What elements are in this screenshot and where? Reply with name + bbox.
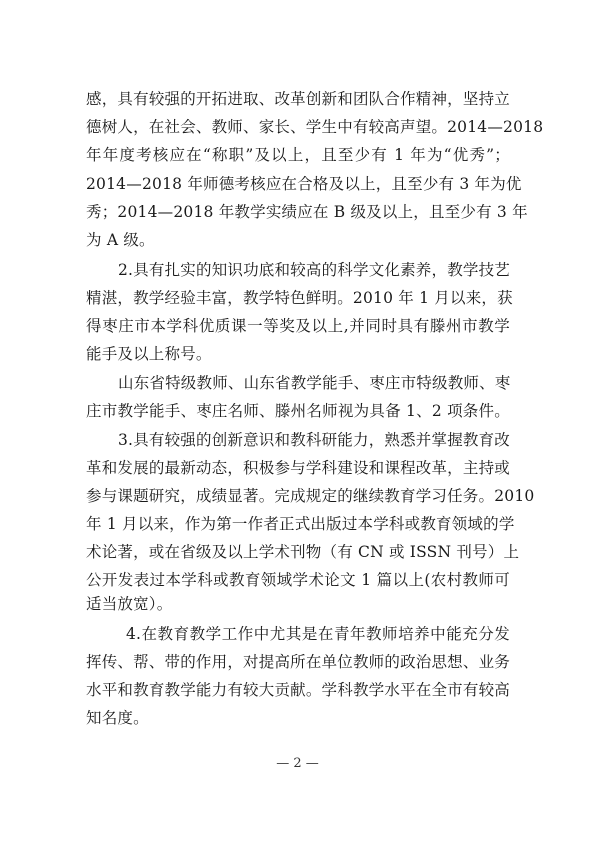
- text-line: 知名度。: [86, 707, 510, 729]
- text-line: 2014—2018 年师德考核应在合格及以上，且至少有 3 年为优: [86, 173, 510, 195]
- text-line: 2.具有扎实的知识功底和较高的科学文化素养，教学技艺: [118, 259, 510, 281]
- text-line: 德树人，在社会、教师、家长、学生中有较高声望。2014—2018: [86, 116, 510, 138]
- text-line: 挥传、帮、带的作用，对提高所在单位教师的政治思想、业务: [86, 651, 510, 673]
- text-line: 为 A 级。: [86, 229, 510, 251]
- document-page: 感，具有较强的开拓进取、改革创新和团队合作精神，坚持立德树人，在社会、教师、家长…: [0, 0, 595, 842]
- page-number: — 2 —: [0, 756, 595, 771]
- text-line: 3.具有较强的创新意识和教科研能力，熟悉并掌握教育改: [118, 429, 510, 451]
- text-line: 山东省特级教师、山东省教学能手、枣庄市特级教师、枣: [118, 372, 510, 394]
- text-line: 适当放宽）。: [86, 593, 510, 615]
- text-line: 革和发展的最新动态，积极参与学科建设和课程改革，主持或: [86, 457, 510, 479]
- text-line: 能手及以上称号。: [86, 343, 510, 365]
- text-line: 参与课题研究，成绩显著。完成规定的继续教育学习任务。2010: [86, 485, 510, 507]
- text-line: 精湛，教学经验丰富，教学特色鲜明。2010 年 1 月以来，获: [86, 287, 510, 309]
- text-line: 庄市教学能手、枣庄名师、滕州名师视为具备 1、2 项条件。: [86, 400, 510, 422]
- text-line: 水平和教育教学能力有较大贡献。学科教学水平在全市有较高: [86, 679, 510, 701]
- text-line: 年年度考核应在“称职”及以上，且至少有 1 年为“优秀”；: [86, 144, 510, 166]
- text-line: 得枣庄市本学科优质课一等奖及以上,并同时具有滕州市教学: [86, 315, 510, 337]
- text-line: 感，具有较强的开拓进取、改革创新和团队合作精神，坚持立: [86, 88, 510, 110]
- text-line: 年 1 月以来，作为第一作者正式出版过本学科或教育领域的学: [86, 513, 510, 535]
- text-line: 4.在教育教学工作中尤其是在青年教师培养中能充分发: [126, 623, 510, 645]
- text-line: 术论著，或在省级及以上学术刊物（有 CN 或 ISSN 刊号）上: [86, 541, 510, 563]
- text-line: 秀；2014—2018 年教学实绩应在 B 级及以上，且至少有 3 年: [86, 201, 510, 223]
- text-line: 公开发表过本学科或教育领域学术论文 1 篇以上(农村教师可: [86, 569, 510, 591]
